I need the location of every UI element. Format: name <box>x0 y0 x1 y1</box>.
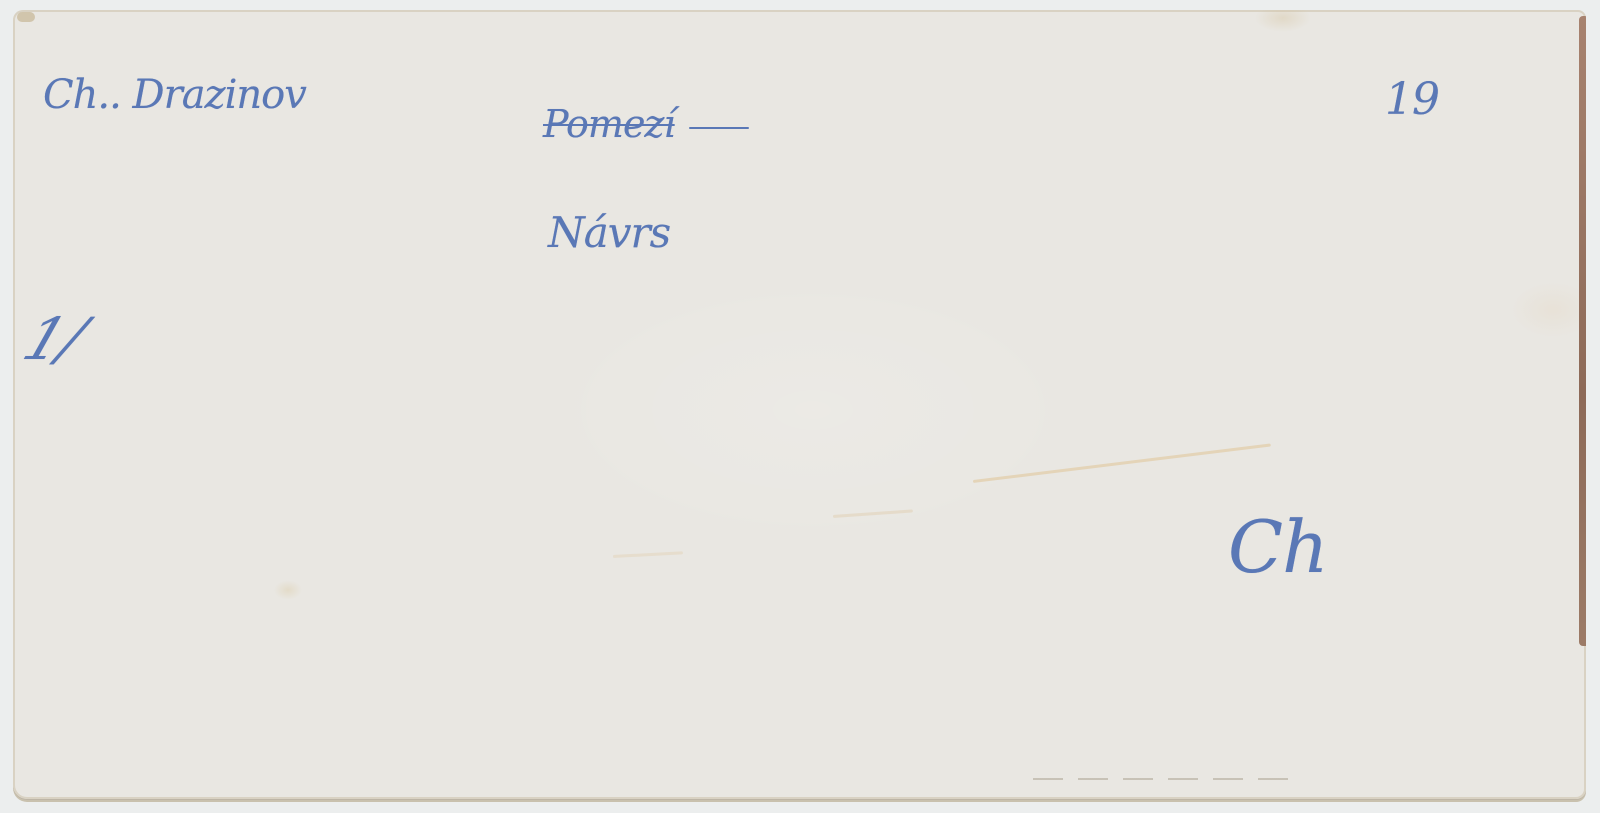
note-text: Ch.. Drazinov <box>43 72 306 118</box>
faint-pencil-marks <box>1033 778 1293 780</box>
note-place: Návrs <box>548 208 670 257</box>
corner-wear <box>17 12 35 22</box>
initials-text: Ch <box>1228 505 1327 589</box>
paper-crease <box>973 443 1271 483</box>
margin-mark-text: 1/ <box>15 305 94 373</box>
card-back: Ch.. Drazinov Pomezí Návrs 19 1/ Ch <box>13 10 1586 799</box>
note-number: 19 <box>1385 74 1439 125</box>
number-text: 19 <box>1385 74 1439 125</box>
note-crossed-out: Pomezí <box>543 102 749 146</box>
note-initials: Ch <box>1228 505 1327 589</box>
paper-crease <box>833 509 913 518</box>
card-edge-brown <box>1579 16 1586 646</box>
paper-crease <box>613 551 683 558</box>
note-margin-mark: 1/ <box>15 305 94 373</box>
dash-mark <box>689 127 749 129</box>
note-location-name: Ch.. Drazinov <box>43 72 306 118</box>
crossed-out-text: Pomezí <box>543 102 675 146</box>
note-text: Návrs <box>548 208 670 257</box>
